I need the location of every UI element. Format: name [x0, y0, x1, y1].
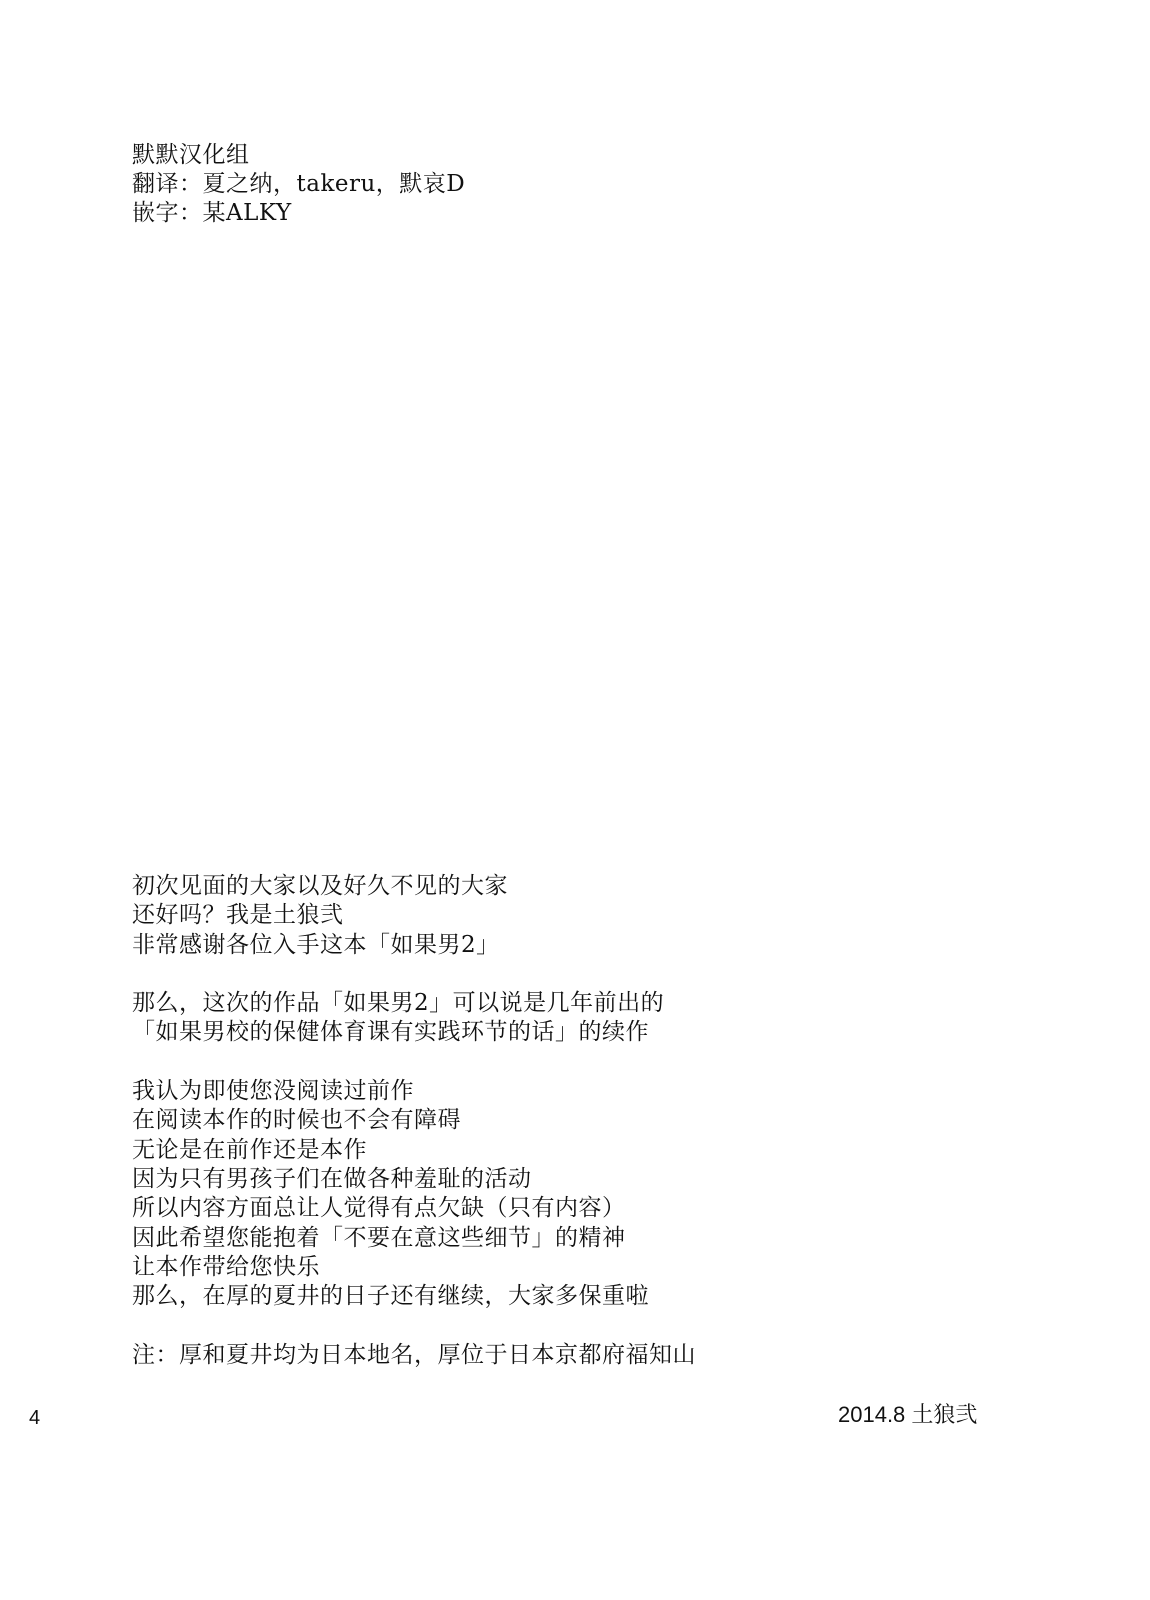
- author-signature-date: 2014.8 土狼弐: [838, 1401, 977, 1429]
- afterword-line: 所以内容方面总让人觉得有点欠缺（只有内容）: [132, 1194, 696, 1223]
- afterword-line: 非常感谢各位入手这本「如果男2」: [132, 931, 696, 960]
- afterword-line: 那么，在厚的夏井的日子还有继续，大家多保重啦: [132, 1282, 696, 1311]
- afterword-line: 还好吗？我是土狼弐: [132, 901, 696, 930]
- afterword-line: 我认为即使您没阅读过前作: [132, 1077, 696, 1106]
- translation-credits: 默默汉化组 翻译：夏之纳，takeru，默哀D 嵌字：某ALKY: [132, 141, 465, 228]
- afterword-line: 让本作带给您快乐: [132, 1253, 696, 1282]
- translator-note: 注：厚和夏井均为日本地名，厚位于日本京都府福知山: [132, 1341, 696, 1370]
- afterword-line: 因此希望您能抱着「不要在意这些细节」的精神: [132, 1224, 696, 1253]
- author-afterword: 初次见面的大家以及好久不见的大家 还好吗？我是土狼弐 非常感谢各位入手这本「如果…: [132, 872, 696, 1399]
- scanlation-group-name: 默默汉化组: [132, 141, 465, 170]
- afterword-paragraph-sequel: 那么，这次的作品「如果男2」可以说是几年前出的 「如果男校的保健体育课有实践环节…: [132, 989, 696, 1048]
- afterword-line: 无论是在前作还是本作: [132, 1136, 696, 1165]
- typesetter-credit: 嵌字：某ALKY: [132, 199, 465, 228]
- afterword-line: 在阅读本作的时候也不会有障碍: [132, 1106, 696, 1135]
- afterword-paragraph-note: 注：厚和夏井均为日本地名，厚位于日本京都府福知山: [132, 1341, 696, 1370]
- afterword-line: 初次见面的大家以及好久不见的大家: [132, 872, 696, 901]
- afterword-line: 因为只有男孩子们在做各种羞耻的活动: [132, 1165, 696, 1194]
- page-number: 4: [29, 1405, 40, 1431]
- afterword-line: 那么，这次的作品「如果男2」可以说是几年前出的: [132, 989, 696, 1018]
- afterword-line: 「如果男校的保健体育课有实践环节的话」的续作: [132, 1018, 696, 1047]
- afterword-paragraph-greeting: 初次见面的大家以及好久不见的大家 还好吗？我是土狼弐 非常感谢各位入手这本「如果…: [132, 872, 696, 960]
- afterword-paragraph-body: 我认为即使您没阅读过前作 在阅读本作的时候也不会有障碍 无论是在前作还是本作 因…: [132, 1077, 696, 1311]
- translators-credit: 翻译：夏之纳，takeru，默哀D: [132, 170, 465, 199]
